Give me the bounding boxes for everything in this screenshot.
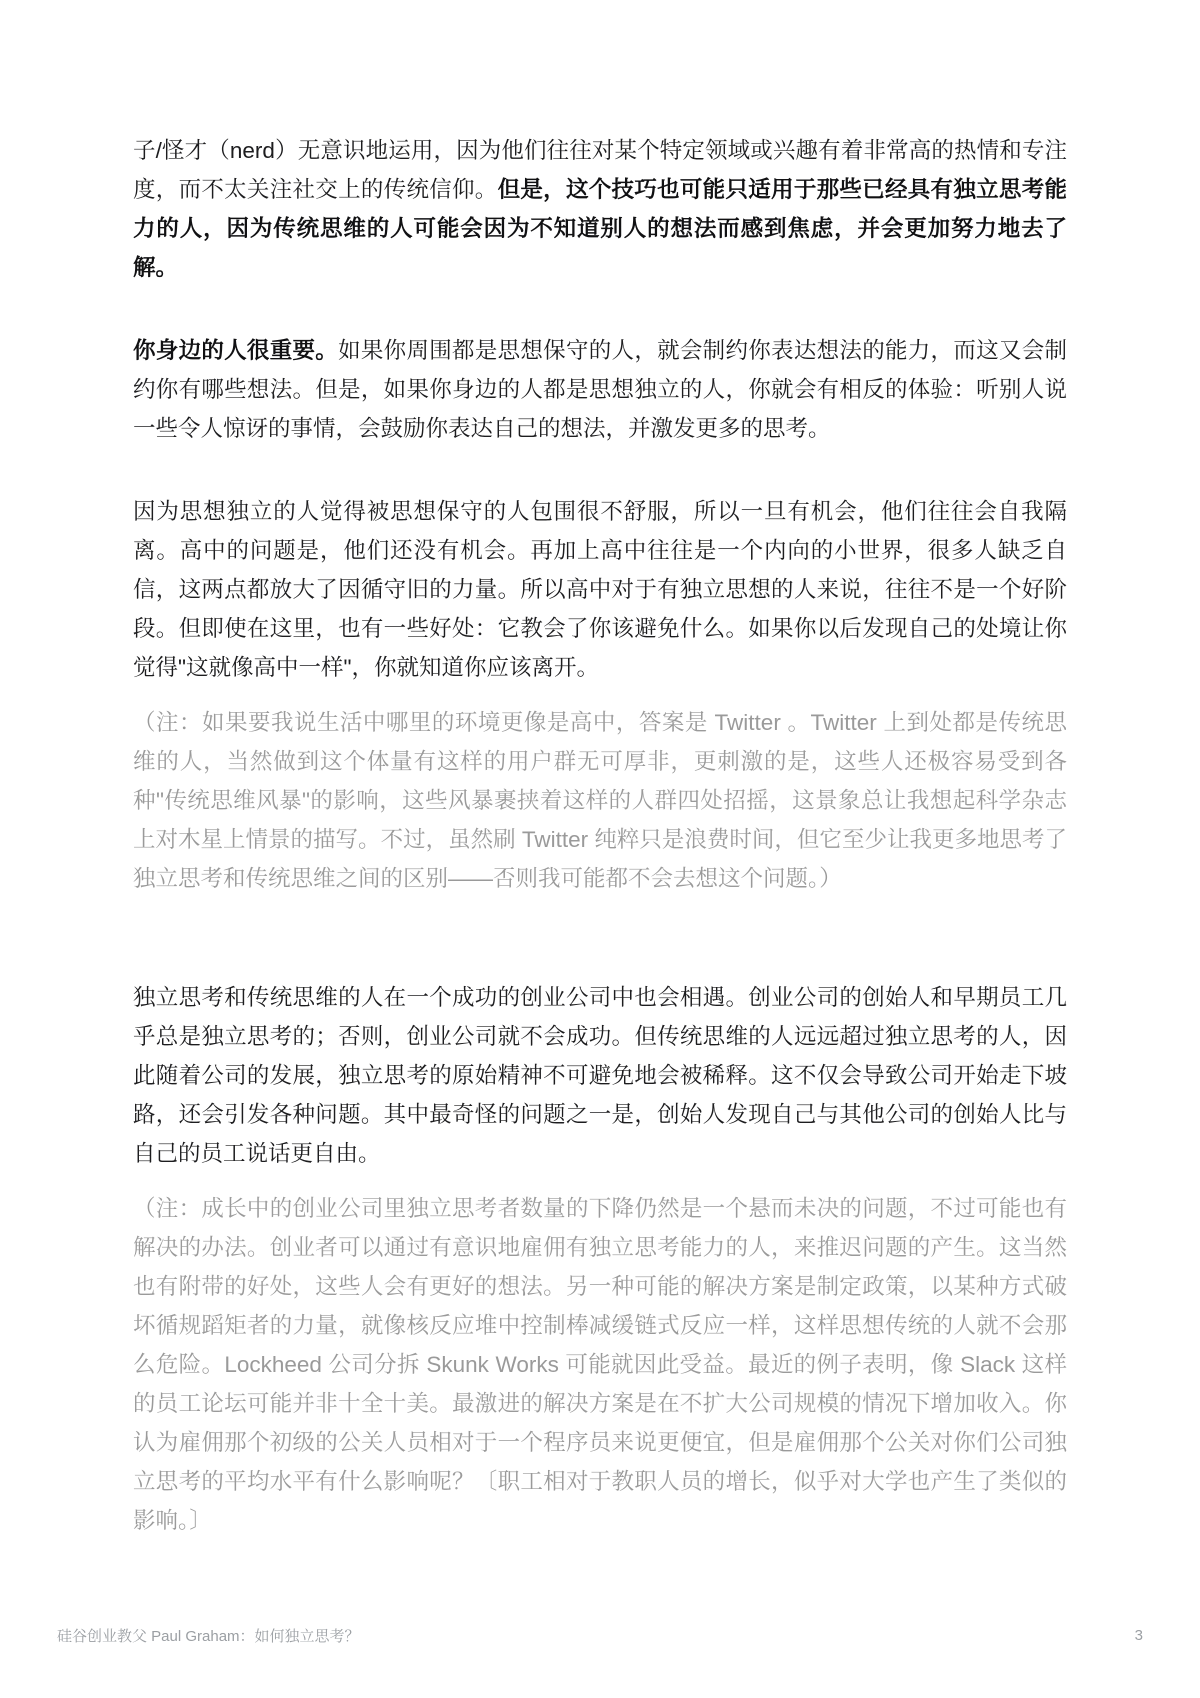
paragraph: 你身边的人很重要。如果你周围都是思想保守的人，就会制约你表达想法的能力，而这又会… (133, 331, 1067, 448)
document-page: 子/怪才（nerd）无意识地运用，因为他们往往对某个特定领域或兴趣有着非常高的热… (0, 0, 1200, 1698)
paragraph: 因为思想独立的人觉得被思想保守的人包围很不舒服，所以一旦有机会，他们往往会自我隔… (133, 492, 1067, 687)
paragraph: 独立思考和传统思维的人在一个成功的创业公司中也会相遇。创业公司的创始人和早期员工… (133, 978, 1067, 1173)
paragraph-text: 独立思考和传统思维的人在一个成功的创业公司中也会相遇。创业公司的创始人和早期员工… (133, 985, 1067, 1166)
paragraph-bold-text: 你身边的人很重要。 (133, 338, 338, 363)
note-paragraph: （注：成长中的创业公司里独立思考者数量的下降仍然是一个悬而未决的问题，不过可能也… (133, 1189, 1067, 1540)
note-text: （注：如果要我说生活中哪里的环境更像是高中，答案是 Twitter 。Twitt… (133, 710, 1067, 891)
note-paragraph: （注：如果要我说生活中哪里的环境更像是高中，答案是 Twitter 。Twitt… (133, 703, 1067, 898)
paragraph-text: 因为思想独立的人觉得被思想保守的人包围很不舒服，所以一旦有机会，他们往往会自我隔… (133, 499, 1067, 680)
article-body: 子/怪才（nerd）无意识地运用，因为他们往往对某个特定领域或兴趣有着非常高的热… (0, 0, 1200, 1540)
paragraph: 子/怪才（nerd）无意识地运用，因为他们往往对某个特定领域或兴趣有着非常高的热… (133, 131, 1067, 287)
footer-title: 硅谷创业教父 Paul Graham：如何独立思考？ (57, 1625, 360, 1646)
page-footer: 硅谷创业教父 Paul Graham：如何独立思考？ 3 (0, 1625, 1200, 1646)
note-text: （注：成长中的创业公司里独立思考者数量的下降仍然是一个悬而未决的问题，不过可能也… (133, 1196, 1067, 1533)
page-number: 3 (1135, 1627, 1143, 1644)
